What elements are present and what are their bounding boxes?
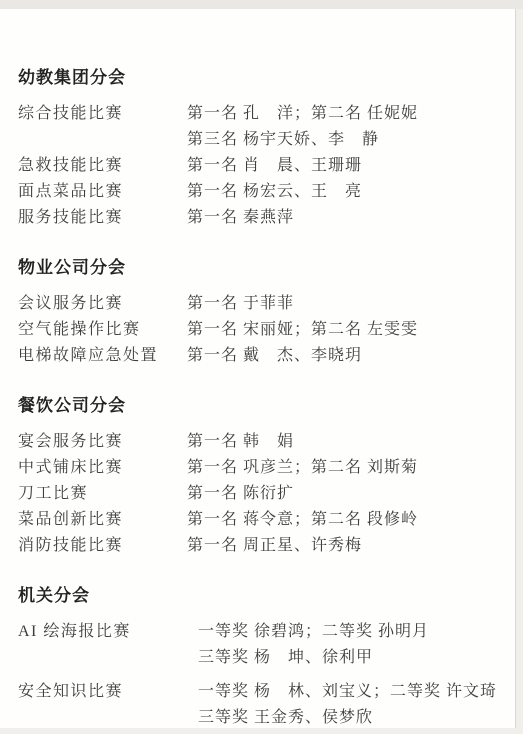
document-page: 幼教集团分会综合技能比赛第一名 孔 洋；第二名 任妮妮第三名 杨宇天娇、李 静急… bbox=[0, 9, 516, 728]
result-rows: 综合技能比赛第一名 孔 洋；第二名 任妮妮第三名 杨宇天娇、李 静急救技能比赛第… bbox=[18, 101, 509, 231]
competition-name: 急救技能比赛 bbox=[18, 153, 187, 179]
winners-text: 三等奖 王金秀、侯梦欣 bbox=[198, 705, 373, 728]
winners-text: 第一名 宋丽娅；第二名 左雯雯 bbox=[187, 317, 418, 343]
winners-text: 第一名 韩 娟 bbox=[187, 429, 294, 455]
winners-text: 一等奖 杨 林、刘宝义；二等奖 许文琦 bbox=[198, 679, 497, 705]
winners-text: 第一名 孔 洋；第二名 任妮妮 bbox=[187, 101, 418, 127]
winners-text: 第一名 戴 杰、李晓玥 bbox=[187, 343, 362, 369]
division-section: 餐饮公司分会宴会服务比赛第一名 韩 娟中式铺床比赛第一名 巩彦兰；第二名 刘斯菊… bbox=[18, 395, 509, 559]
competition-name: 面点菜品比赛 bbox=[18, 179, 187, 205]
result-row: 服务技能比赛第一名 秦燕萍 bbox=[18, 205, 509, 231]
result-rows: 会议服务比赛第一名 于菲菲空气能操作比赛第一名 宋丽娅；第二名 左雯雯电梯故障应… bbox=[18, 291, 509, 369]
result-row: 会议服务比赛第一名 于菲菲 bbox=[18, 291, 509, 317]
competition-name: 空气能操作比赛 bbox=[18, 317, 187, 343]
winners-text: 第一名 周正星、许秀梅 bbox=[187, 533, 362, 559]
result-rows: 宴会服务比赛第一名 韩 娟中式铺床比赛第一名 巩彦兰；第二名 刘斯菊刀工比赛第一… bbox=[18, 429, 509, 559]
result-row: 电梯故障应急处置第一名 戴 杰、李晓玥 bbox=[18, 343, 509, 369]
winners-text: 第三名 杨宇天娇、李 静 bbox=[187, 127, 379, 153]
division-section: 幼教集团分会综合技能比赛第一名 孔 洋；第二名 任妮妮第三名 杨宇天娇、李 静急… bbox=[18, 67, 509, 231]
competition-name: 宴会服务比赛 bbox=[18, 429, 187, 455]
division-title: 餐饮公司分会 bbox=[18, 395, 509, 417]
result-row: 空气能操作比赛第一名 宋丽娅；第二名 左雯雯 bbox=[18, 317, 509, 343]
competition-name: 服务技能比赛 bbox=[18, 205, 187, 231]
competition-name: 消防技能比赛 bbox=[18, 533, 187, 559]
division-title: 机关分会 bbox=[18, 585, 509, 607]
surround-top-band bbox=[0, 0, 523, 9]
winners-text: 一等奖 徐碧鸿；二等奖 孙明月 bbox=[198, 619, 429, 645]
result-row: AI 绘海报比赛一等奖 徐碧鸿；二等奖 孙明月 bbox=[18, 619, 509, 645]
result-row: 面点菜品比赛第一名 杨宏云、王 亮 bbox=[18, 179, 509, 205]
result-row: 安全知识比赛一等奖 杨 林、刘宝义；二等奖 许文琦 bbox=[18, 679, 509, 705]
result-row: 宴会服务比赛第一名 韩 娟 bbox=[18, 429, 509, 455]
winners-text: 第一名 秦燕萍 bbox=[187, 205, 294, 231]
result-row: 三等奖 王金秀、侯梦欣 bbox=[18, 705, 509, 728]
winners-text: 第一名 于菲菲 bbox=[187, 291, 294, 317]
result-row: 三等奖 杨 坤、徐利甲 bbox=[18, 645, 509, 671]
competition-name: 综合技能比赛 bbox=[18, 101, 187, 127]
competition-name: 会议服务比赛 bbox=[18, 291, 187, 317]
division-section: 机关分会AI 绘海报比赛一等奖 徐碧鸿；二等奖 孙明月三等奖 杨 坤、徐利甲安全… bbox=[18, 585, 509, 728]
competition-name: AI 绘海报比赛 bbox=[18, 619, 198, 645]
document-page-view: { "colors": { "surround": "#f0efeb", "to… bbox=[0, 0, 523, 734]
division-title: 幼教集团分会 bbox=[18, 67, 509, 89]
winners-text: 第一名 蒋令意；第二名 段修岭 bbox=[187, 507, 418, 533]
result-row: 刀工比赛第一名 陈衍扩 bbox=[18, 481, 509, 507]
result-rows: AI 绘海报比赛一等奖 徐碧鸿；二等奖 孙明月三等奖 杨 坤、徐利甲安全知识比赛… bbox=[18, 619, 509, 728]
competition-name: 刀工比赛 bbox=[18, 481, 187, 507]
winners-text: 第一名 巩彦兰；第二名 刘斯菊 bbox=[187, 455, 418, 481]
result-row: 第三名 杨宇天娇、李 静 bbox=[18, 127, 509, 153]
page-content: 幼教集团分会综合技能比赛第一名 孔 洋；第二名 任妮妮第三名 杨宇天娇、李 静急… bbox=[0, 9, 515, 728]
result-row: 综合技能比赛第一名 孔 洋；第二名 任妮妮 bbox=[18, 101, 509, 127]
competition-name: 电梯故障应急处置 bbox=[18, 343, 187, 369]
result-row: 消防技能比赛第一名 周正星、许秀梅 bbox=[18, 533, 509, 559]
competition-name: 安全知识比赛 bbox=[18, 679, 198, 705]
result-row: 中式铺床比赛第一名 巩彦兰；第二名 刘斯菊 bbox=[18, 455, 509, 481]
division-section: 物业公司分会会议服务比赛第一名 于菲菲空气能操作比赛第一名 宋丽娅；第二名 左雯… bbox=[18, 257, 509, 369]
winners-text: 第一名 杨宏云、王 亮 bbox=[187, 179, 362, 205]
result-row: 菜品创新比赛第一名 蒋令意；第二名 段修岭 bbox=[18, 507, 509, 533]
winners-text: 三等奖 杨 坤、徐利甲 bbox=[198, 645, 373, 671]
competition-name: 中式铺床比赛 bbox=[18, 455, 187, 481]
winners-text: 第一名 肖 晨、王珊珊 bbox=[187, 153, 362, 179]
result-row: 急救技能比赛第一名 肖 晨、王珊珊 bbox=[18, 153, 509, 179]
winners-text: 第一名 陈衍扩 bbox=[187, 481, 294, 507]
competition-name: 菜品创新比赛 bbox=[18, 507, 187, 533]
division-title: 物业公司分会 bbox=[18, 257, 509, 279]
